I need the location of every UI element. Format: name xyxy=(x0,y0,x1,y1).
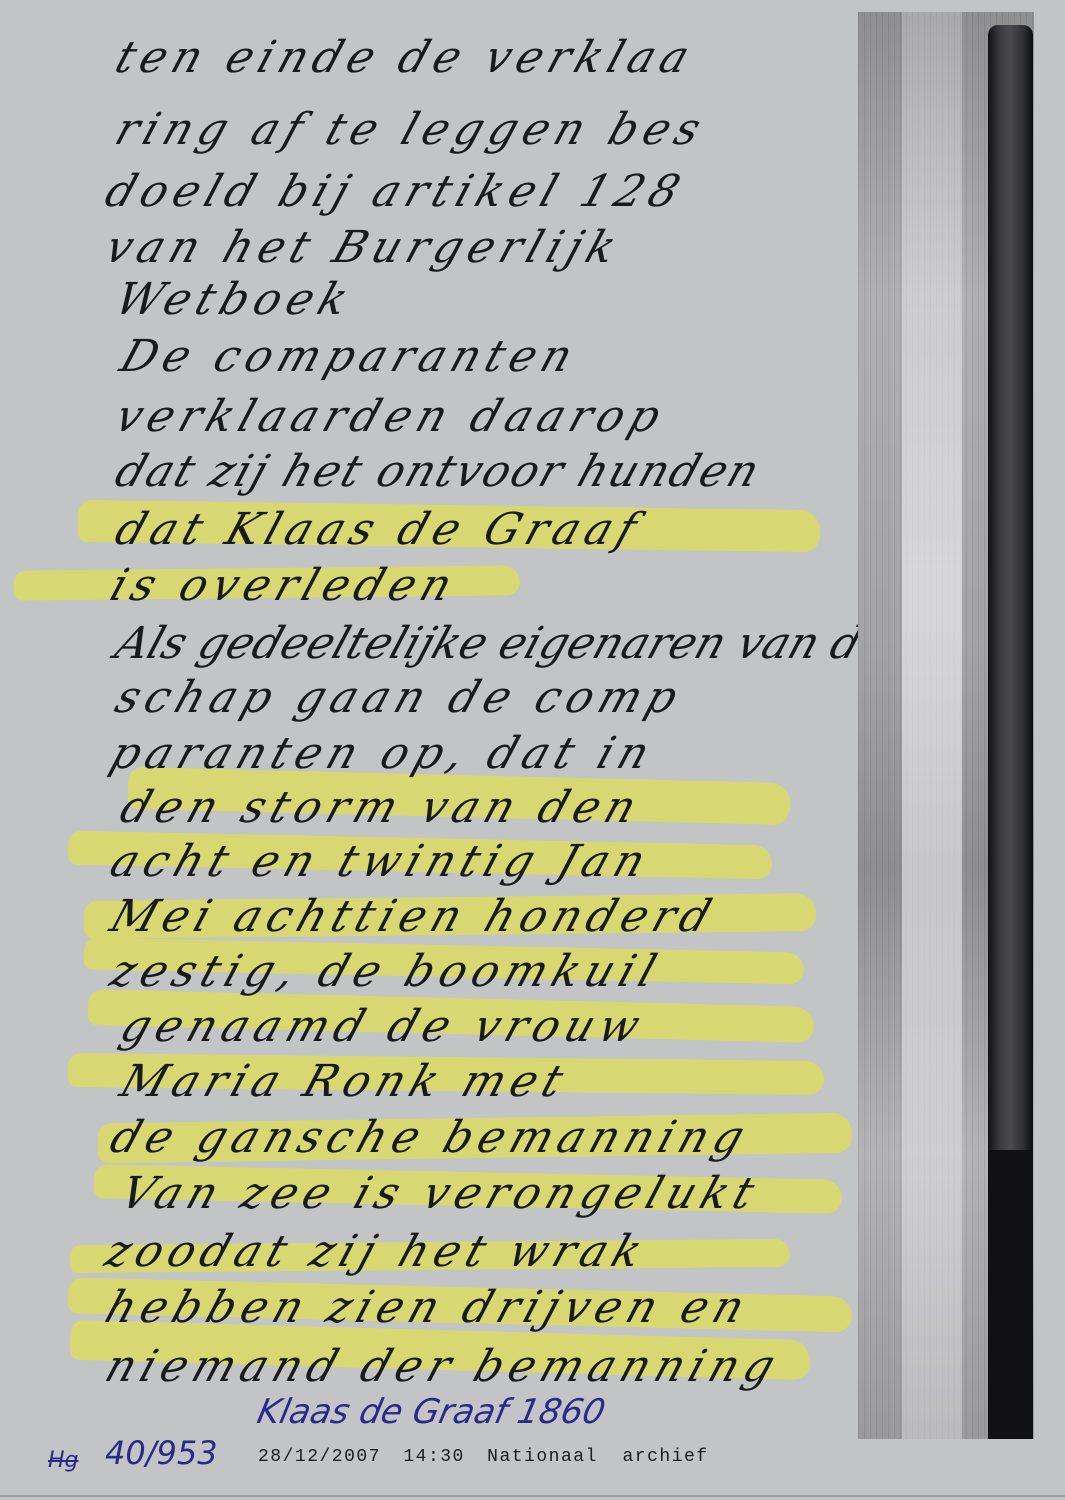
handwritten-line: acht en twintig Jan xyxy=(105,840,656,884)
blue-ink-name-note: Klaas de Graaf 1860 xyxy=(254,1392,609,1432)
handwritten-line: zoodat zij het wrak xyxy=(100,1230,653,1274)
handwritten-line: ten einde de verklaa xyxy=(110,36,700,80)
reference-number: 40/953 xyxy=(105,1434,218,1472)
scan-dark-edge-lower xyxy=(988,1150,1033,1439)
handwritten-line: De comparanten xyxy=(115,335,584,379)
archive-stamp: 28/12/2007 14:30 Nationaal archief xyxy=(258,1447,709,1467)
handwritten-line: ring af te leggen bes xyxy=(110,108,712,152)
handwritten-line: de gansche bemanning xyxy=(105,1116,755,1160)
handwritten-line: dat zij het ontvoor hunden xyxy=(110,450,766,494)
handwritten-line: doeld bij artikel 128 xyxy=(100,170,691,214)
stamp-time: 14:30 xyxy=(403,1447,465,1467)
scan-bottom-edge xyxy=(0,1495,1065,1497)
handwritten-line: Mei achttien honderd xyxy=(105,895,722,939)
handwritten-line: Als gedeeltelijke eigenaren van den xyxy=(110,622,922,666)
scanned-document-page: ten einde de verklaa ring af te leggen b… xyxy=(0,0,1065,1500)
scan-strip-highlight xyxy=(902,12,962,1439)
handwritten-line: zestig, de boomkuil xyxy=(105,950,667,994)
handwritten-line: niemand der bemanning xyxy=(100,1345,786,1389)
stamp-institution: Nationaal archief xyxy=(487,1447,708,1467)
handwritten-line: is overleden xyxy=(105,564,463,608)
handwritten-line: genaamd de vrouw xyxy=(115,1005,651,1049)
handwritten-line: Maria Ronk met xyxy=(115,1060,574,1104)
handwritten-line: van het Burgerlijk xyxy=(100,226,627,270)
handwritten-line: hebben zien drijven en xyxy=(100,1286,755,1330)
handwritten-line: Wetboek xyxy=(110,278,359,322)
handwritten-line: schap gaan de comp xyxy=(110,676,688,720)
struck-reference-prefix: Hg xyxy=(48,1448,79,1473)
handwritten-line: paranten op, dat in xyxy=(105,732,660,776)
handwritten-line: verklaarden daarop xyxy=(110,395,671,439)
stamp-date: 28/12/2007 xyxy=(258,1447,381,1467)
handwritten-line: dat Klaas de Graaf xyxy=(110,508,647,552)
handwritten-line: den storm van den xyxy=(115,786,647,830)
handwritten-line: Van zee is verongelukt xyxy=(115,1172,765,1216)
